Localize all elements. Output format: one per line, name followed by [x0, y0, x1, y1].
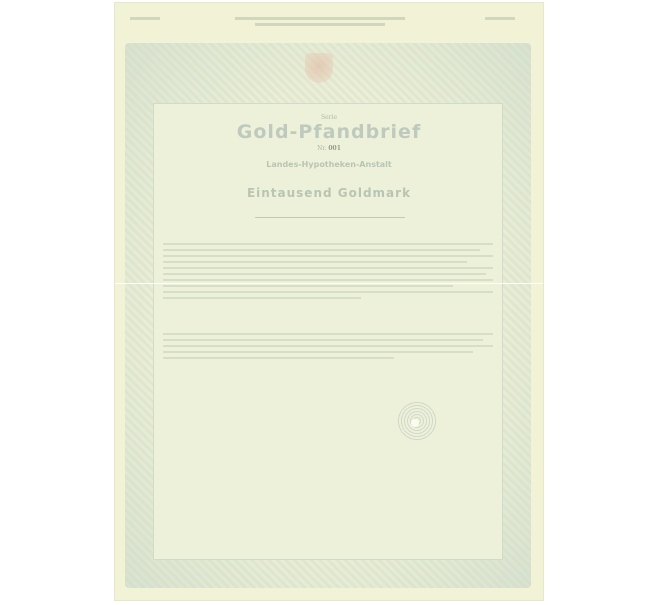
serial-number: 001	[328, 145, 341, 152]
document-title: Gold-Pfandbrief	[115, 121, 543, 143]
serial-label: Nr.	[317, 145, 326, 152]
serial-line: Nr. 001	[115, 145, 543, 152]
denomination: Eintausend Goldmark	[115, 186, 543, 200]
embossed-seal-icon	[397, 401, 437, 441]
body-text-block	[163, 243, 493, 303]
fold-crease	[115, 283, 543, 284]
corner-number-left	[130, 17, 160, 20]
header-text-line	[235, 17, 405, 20]
header-text-line	[255, 23, 385, 26]
text-panel	[153, 103, 503, 560]
certificate-paper: Serie Gold-Pfandbrief Nr. 001 Landes-Hyp…	[115, 3, 543, 600]
divider	[255, 217, 405, 218]
title-prefix: Serie	[115, 114, 543, 121]
issuer-name: Landes-Hypotheken-Anstalt	[155, 160, 503, 169]
coat-of-arms-icon	[305, 53, 333, 83]
body-text-block-2	[163, 333, 493, 363]
corner-number-right	[485, 17, 515, 20]
